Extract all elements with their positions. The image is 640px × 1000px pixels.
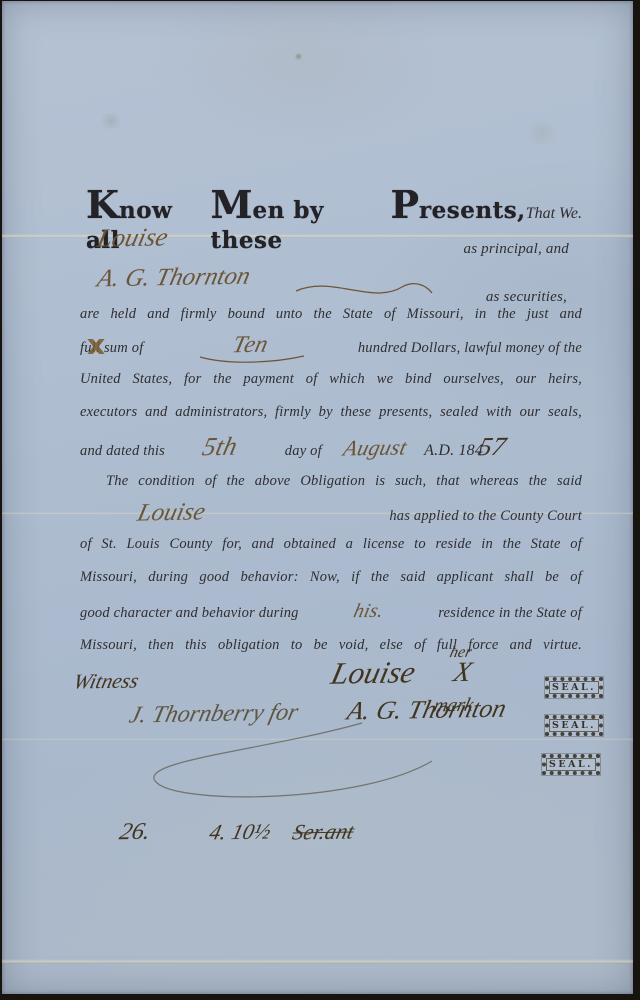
seal-stamp: SEAL. bbox=[545, 677, 603, 698]
body-line-date: and dated this 5th day of August A.D. 18… bbox=[80, 439, 582, 462]
seal-text: SEAL. bbox=[552, 682, 596, 693]
condition-line-applicant: Louise has applied to the County Court bbox=[80, 499, 582, 527]
condition-line: The condition of the above Obligation is… bbox=[106, 473, 582, 490]
body-sum-post: hundred Dollars, lawful money of the bbox=[358, 340, 582, 357]
scan-background: Know all Men by these Presents, That We.… bbox=[0, 0, 640, 1000]
signature-flourish bbox=[292, 279, 437, 301]
body-line-sum: full sum of Ten hundred Dollars, lawful … bbox=[80, 337, 582, 359]
applicant-name-handwritten: Louise bbox=[135, 498, 208, 527]
paper-stain bbox=[98, 113, 124, 129]
seal-stamp: SEAL. bbox=[545, 715, 603, 736]
principal-label: as principal, and bbox=[464, 241, 570, 258]
heading-blackletter: Men by these bbox=[211, 182, 376, 254]
witness-signature: J. Thornberry for bbox=[127, 700, 301, 730]
fold-crease bbox=[2, 959, 633, 964]
behavior-post: residence in the State of bbox=[438, 605, 582, 622]
seal-stamp: SEAL. bbox=[542, 754, 600, 775]
heading-blackletter: Presents, bbox=[391, 182, 526, 227]
sum-amount-handwritten: Ten bbox=[230, 332, 271, 360]
condition-line: of St. Louis County for, and obtained a … bbox=[80, 536, 582, 553]
paper-stain bbox=[522, 121, 562, 145]
ink-stain bbox=[294, 53, 303, 60]
securities-label: as securities, bbox=[486, 289, 567, 306]
condition-line: Missouri, during good behavior: Now, if … bbox=[80, 569, 582, 586]
witness-label-handwritten: Witness bbox=[71, 668, 141, 694]
condition-line-behavior: good character and behavior during his. … bbox=[80, 603, 582, 623]
docket-measure: 4. 10½ bbox=[207, 818, 274, 845]
security-signature: A. G. Thornton bbox=[344, 694, 509, 727]
docket-notation: 26. 4. 10½ Ser.ant bbox=[120, 819, 353, 846]
security-name-handwritten: A. G. Thornton bbox=[94, 263, 253, 294]
year-printed: A.D. 184 bbox=[424, 442, 483, 460]
signature-loop-flourish bbox=[112, 721, 452, 816]
principal-name-handwritten: Louise bbox=[94, 222, 171, 253]
dated-this-label: and dated this bbox=[80, 443, 165, 460]
year-handwritten: 57 bbox=[476, 432, 509, 462]
paper-document: Know all Men by these Presents, That We.… bbox=[2, 1, 633, 994]
pronoun-handwritten: his. bbox=[351, 600, 386, 624]
applied-text: has applied to the County Court bbox=[389, 508, 582, 525]
body-line: United States, for the payment of which … bbox=[80, 371, 582, 388]
ink-scratch-over-full bbox=[78, 339, 114, 354]
behavior-pre: good character and behavior during bbox=[80, 605, 299, 622]
principal-signature: Louise bbox=[328, 654, 419, 691]
seal-text: SEAL. bbox=[552, 720, 596, 731]
docket-number: 26. bbox=[117, 819, 153, 847]
day-handwritten: 5th bbox=[199, 432, 240, 463]
day-of-label: day of bbox=[285, 443, 322, 460]
condition-line: Missouri, then this obligation to be voi… bbox=[80, 637, 582, 654]
fold-crease bbox=[2, 738, 633, 741]
heading-script-suffix: That We. bbox=[526, 205, 582, 223]
body-line: executors and administrators, firmly by … bbox=[80, 404, 582, 421]
month-handwritten: August bbox=[341, 434, 410, 461]
body-line: are held and firmly bound unto the State… bbox=[80, 306, 582, 323]
docket-word: Ser.ant bbox=[289, 818, 356, 845]
seal-text: SEAL. bbox=[549, 759, 593, 770]
